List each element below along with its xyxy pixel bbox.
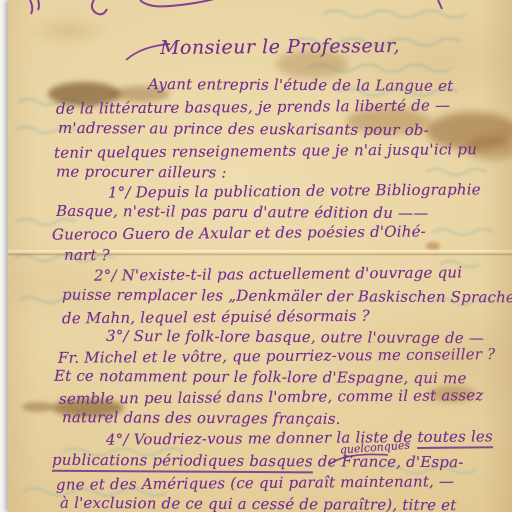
letter-line: naturel dans des ouvrages français. [62, 408, 341, 430]
letter-line: m'adresser au prince des euskarisants po… [58, 119, 429, 141]
letter-line: Fr. Michel et le vôtre, que pourriez-vou… [58, 345, 496, 369]
underlined-segment: publications périodiques basques [52, 451, 313, 474]
letter-line: Ayant entrepris l'étude de la Langue et [148, 75, 454, 97]
letter-line: à l'exclusion de ce qui a cessé de paraî… [60, 494, 457, 512]
letter-line: me procurer ailleurs : [56, 162, 227, 183]
letter-line: Basque, n'est-il pas paru d'autre éditio… [56, 202, 429, 224]
ink-stain [426, 242, 440, 250]
letter-line: gne et des Amériques (ce qui paraît main… [56, 472, 454, 495]
letter-line: puisse remplacer les „Denkmäler der Bask… [62, 286, 512, 309]
underlined-segment: toutes les [417, 427, 493, 449]
ink-stain [22, 402, 54, 412]
letter-line: Gueroco Guero de Axular et des poésies d… [52, 222, 426, 245]
letter-line: 4°/ Voudriez-vous me donner la liste de … [106, 427, 493, 450]
letter-line: 2°/ N'existe-t-il pas actuellement d'ouv… [94, 263, 462, 286]
letter-line: nart ? [64, 246, 110, 266]
letter-line: de la littérature basques, je prends la … [56, 96, 450, 119]
line-segment: de France, d'Espa- [313, 452, 464, 471]
letter-paper: Monsieur le Professeur, Ayant entrepris … [8, 0, 512, 512]
letter-line: semble un peu laissé dans l'ombre, comme… [59, 386, 484, 410]
letter-line: tenir quelques renseignements que je n'a… [54, 140, 477, 164]
letter-line: publications périodiques basques de Fran… [52, 451, 464, 474]
scanned-letter-page: Monsieur le Professeur, Ayant entrepris … [0, 0, 512, 512]
letter-line: 1°/ Depuis la publication de votre Bibli… [108, 180, 481, 203]
salutation: Monsieur le Professeur, [160, 35, 400, 57]
